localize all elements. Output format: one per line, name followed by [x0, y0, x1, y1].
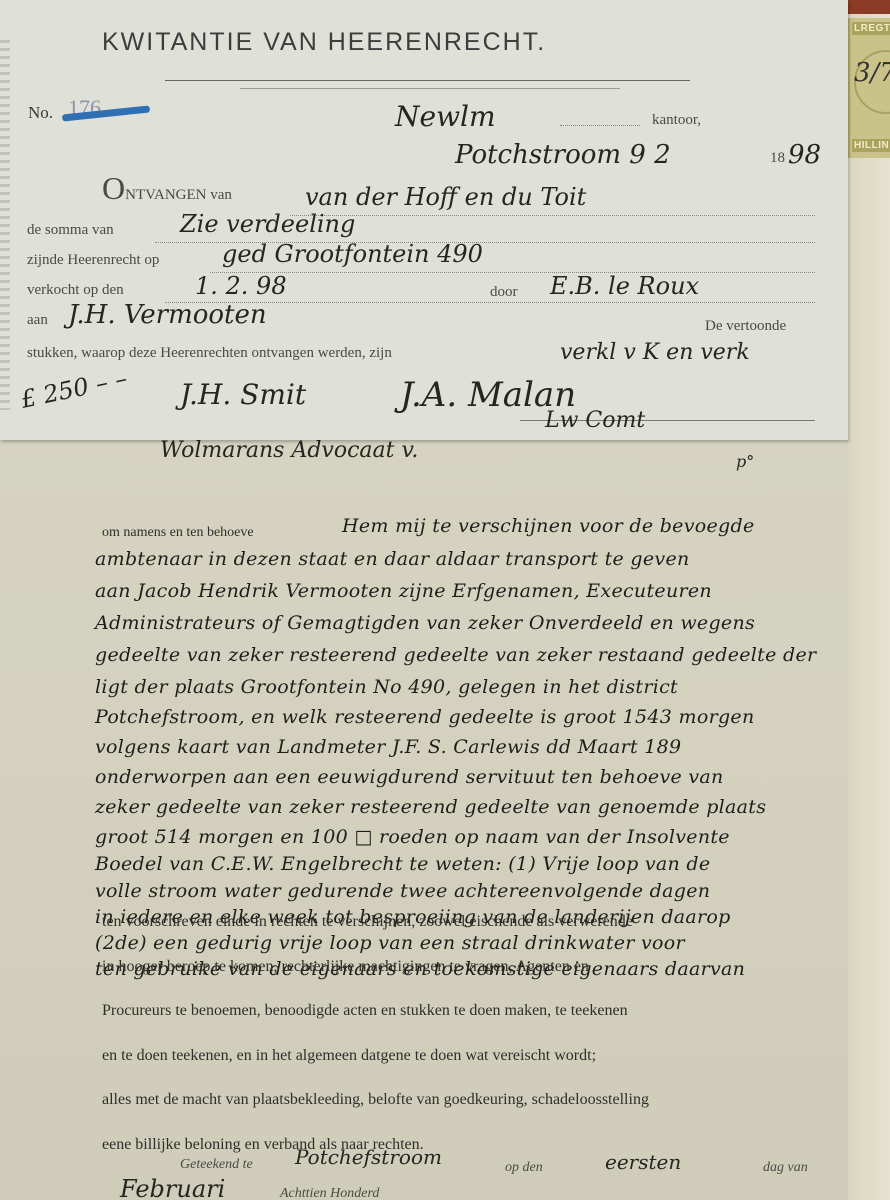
revenue-stamp: LREGT 3/7 HILLIN: [848, 18, 890, 158]
handwritten-line-12: Boedel van C.E.W. Engelbrecht te weten: …: [95, 853, 710, 875]
year-partial: Achttien Honderd: [280, 1186, 379, 1200]
transfer-duty-label: zijnde Heerenrecht op: [27, 252, 159, 269]
transfer-duty-dotted-line: [210, 272, 815, 273]
handwritten-line-8: volgens kaart van Landmeter J.F. S. Carl…: [95, 736, 681, 758]
by-label: door: [490, 284, 518, 301]
place-date-handwritten: Potchstroom 9 2: [455, 140, 671, 170]
stamp-bottom-text: HILLIN: [852, 139, 890, 152]
office-label: kantoor,: [652, 112, 701, 129]
signature-1: J.H. Smit: [180, 378, 306, 411]
to-value: J.H. Vermooten: [68, 300, 267, 330]
handwritten-line-13: volle stroom water gedurende twee achter…: [95, 880, 710, 902]
printed-line-5: alles met de macht van plaatsbekleeding,…: [102, 1091, 649, 1109]
partial-handwritten-right: p°: [736, 452, 754, 471]
year-handwritten: 98: [788, 140, 821, 170]
received-from: van der Hoff en du Toit: [305, 183, 586, 211]
received-dotted-line: [290, 215, 815, 216]
amount-handwritten: £ 250 – –: [18, 364, 129, 414]
month-value: Februari: [120, 1175, 225, 1200]
printed-line-3: Procureurs te benoemen, benoodigde acten…: [102, 1002, 628, 1020]
handwritten-line-10: zeker gedeelte van zeker resteerend gede…: [95, 796, 766, 818]
underlying-page-edge: [848, 0, 890, 1200]
signed-label: Geteekend te: [180, 1157, 253, 1173]
signed-place: Potchefstroom: [295, 1145, 442, 1169]
number-label: No.: [28, 103, 53, 123]
handwritten-line-11: groot 514 morgen en 100 □ roeden op naam…: [95, 826, 730, 848]
perforation-edge: [0, 40, 10, 410]
printed-line-2: in hooger beroep te komen, rechterlijke …: [102, 958, 589, 976]
receipt-title: KWITANTIE VAN HEERENRECHT.: [102, 28, 546, 57]
receipt-slip: KWITANTIE VAN HEERENRECHT. No. 176 Newlm…: [0, 0, 848, 440]
day-of-label: dag van: [763, 1160, 808, 1176]
documents-value: verkl v K en verk: [560, 340, 750, 365]
printed-line-1: ten voorschreven einde in rechten te ver…: [102, 913, 633, 931]
signature-role: Lw Comt: [545, 408, 645, 433]
handwritten-line-1: Hem mij te verschijnen voor de bevoegde: [342, 515, 755, 537]
sold-on-label: verkocht op den: [27, 282, 124, 299]
stamp-top-text: LREGT: [852, 22, 890, 35]
handwritten-line-6: ligt der plaats Grootfontein No 490, gel…: [95, 676, 678, 698]
handwritten-line-15: (2de) een gedurig vrije loop van een str…: [95, 932, 685, 954]
handwritten-line-9: onderworpen aan een eeuwigdurend servitu…: [95, 766, 724, 788]
received-label: ONTVANGEN van: [102, 170, 232, 207]
to-label: aan: [27, 312, 48, 329]
sum-value: Zie verdeeling: [180, 210, 355, 238]
handwritten-line-4: Administrateurs of Gemagtigden van zeker…: [95, 612, 755, 634]
behalf-label: om namens en ten behoeve: [102, 525, 254, 541]
title-rule: [165, 80, 690, 81]
handwritten-line-3: aan Jacob Hendrik Vermooten zijne Erfgen…: [95, 580, 712, 602]
shown-label: De vertoonde: [705, 318, 786, 335]
handwritten-line-7: Potchefstroom, en welk resteerend gedeel…: [95, 706, 755, 728]
red-page-edge: [848, 0, 890, 14]
stamp-handwritten-mark: 3/7: [854, 58, 890, 88]
office-handwritten: Newlm: [395, 100, 496, 133]
by-value: E.B. le Roux: [550, 272, 699, 300]
office-dotted-line: [560, 125, 640, 126]
sum-label: de somma van: [27, 222, 114, 239]
on-label: op den: [505, 1160, 543, 1176]
title-rule-ornament: [240, 88, 620, 89]
handwritten-line-5: gedeelte van zeker resteerend gedeelte v…: [95, 644, 816, 666]
partial-handwritten-line: Wolmarans Advocaat v.: [160, 438, 418, 463]
printed-line-4: en te doen teekenen, en in het algemeen …: [102, 1047, 596, 1065]
year-printed: 18: [770, 150, 785, 167]
sold-on-value: 1. 2. 98: [195, 272, 287, 300]
transfer-duty-value: ged Grootfontein 490: [222, 240, 483, 268]
day-value: eersten: [605, 1150, 681, 1174]
documents-label: stukken, waarop deze Heerenrechten ontva…: [27, 345, 392, 362]
handwritten-line-2: ambtenaar in dezen staat en daar aldaar …: [95, 548, 690, 570]
